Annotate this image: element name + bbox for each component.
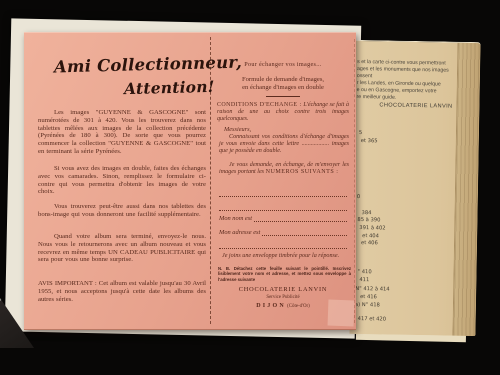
image-number-fragment: et 406 bbox=[361, 240, 378, 246]
city-name: DIJON bbox=[256, 303, 286, 309]
right-page: s et la carte ci-contre vous permettront… bbox=[349, 40, 480, 336]
form-intro: Pour échanger vos images... bbox=[214, 61, 352, 68]
image-number-fragment: 384 bbox=[362, 210, 372, 216]
salmon-sheet: Ami Collectionneur, Attention! Les image… bbox=[24, 32, 356, 330]
paper-glare bbox=[328, 300, 355, 327]
right-page-company-name: CHOCOLATERIE LANVIN bbox=[379, 102, 452, 109]
script-heading-line2: Attention! bbox=[124, 77, 215, 98]
name-field: Mon nom est bbox=[219, 214, 347, 222]
image-number-fragment: 85 à 390 bbox=[357, 217, 380, 223]
right-page-cutoff-text: s et la carte ci-contre vous permettront… bbox=[357, 59, 468, 103]
address-field: Mon adresse est bbox=[219, 228, 347, 236]
exchange-form: Pour échanger vos images... Formule de d… bbox=[214, 33, 352, 329]
company-name: CHOCOLATERIE LANVIN bbox=[214, 286, 352, 293]
divider-rule bbox=[266, 96, 300, 97]
album-photo: s et la carte ci-contre vous permettront… bbox=[0, 0, 500, 375]
image-number-fragment: et 404 bbox=[362, 233, 379, 239]
left-paragraph-4: Quand votre album sera terminé, envoyez-… bbox=[38, 233, 206, 264]
name-field-label: Mon nom est bbox=[219, 215, 254, 222]
image-number-fragment: 0 bbox=[357, 194, 360, 200]
image-number-fragment: N° 412 à 414 bbox=[355, 286, 390, 293]
write-in-line bbox=[219, 210, 347, 211]
dotted-leader bbox=[254, 214, 347, 222]
write-in-line bbox=[219, 196, 347, 197]
city-department: (Côte-d'Or) bbox=[287, 304, 310, 309]
form-title-line1: Formule de demande d'images, bbox=[214, 76, 352, 83]
form-title-line2: en échange d'images en double bbox=[214, 84, 352, 91]
salutation: Messieurs, bbox=[224, 126, 251, 133]
write-in-line bbox=[219, 248, 347, 249]
request-line: Je vous demande, en échange, de m'envoye… bbox=[219, 162, 349, 176]
image-number-fragment: et 365 bbox=[361, 138, 378, 144]
image-number-fragment: 411 bbox=[359, 277, 369, 283]
request-caps: NUMEROS SUIVANTS : bbox=[266, 169, 339, 175]
dotted-leader bbox=[262, 228, 347, 236]
closing-line: Je joins une enveloppe timbrée pour la r… bbox=[222, 253, 339, 259]
left-paragraph-1: Les images "GUYENNE & GASCOGNE" sont num… bbox=[38, 109, 206, 156]
nb-instructions: N. B. Détachez cette feuille suivant le … bbox=[218, 266, 351, 282]
image-number-fragment: et 416 bbox=[360, 294, 377, 300]
image-number-fragment: ° 410 bbox=[357, 269, 371, 275]
conditions-label: CONDITIONS D'ECHANGE : bbox=[217, 102, 302, 108]
left-paragraph-2: Si vous avez des images en double, faite… bbox=[38, 165, 206, 196]
address-field-label: Mon adresse est bbox=[219, 229, 262, 236]
important-notice: AVIS IMPORTANT : Cet album est valable j… bbox=[38, 280, 206, 303]
request-intro: Connaissant vos conditions d'échange d'i… bbox=[219, 134, 349, 156]
conditions-paragraph: CONDITIONS D'ECHANGE : L'échange se fait… bbox=[217, 102, 349, 123]
image-number-fragment: 417 et 420 bbox=[358, 316, 386, 322]
left-paragraph-3: Vous trouverez peut-être aussi dans nos … bbox=[38, 203, 206, 219]
image-number-fragment: 391 à 402 bbox=[359, 225, 385, 231]
image-number-fragment: a) N° 418 bbox=[355, 302, 380, 308]
sheet-right-edge bbox=[354, 39, 355, 323]
image-number-fragment: 5 bbox=[359, 130, 362, 136]
